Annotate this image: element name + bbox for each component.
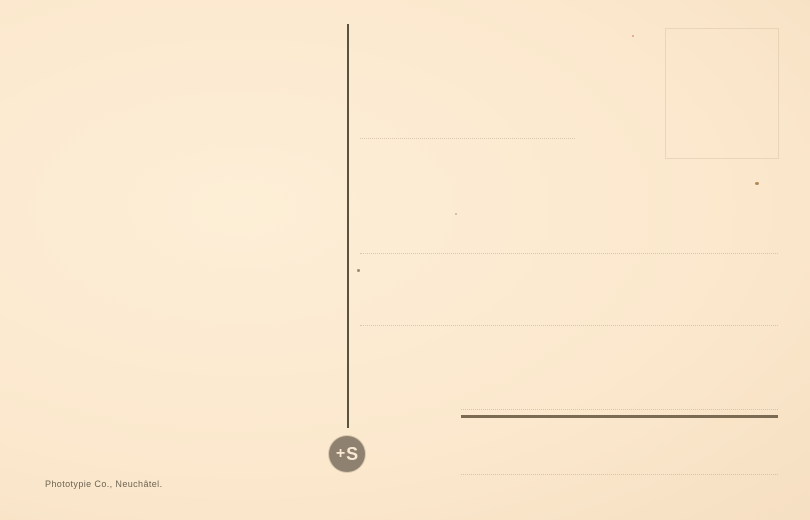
address-underline bbox=[461, 415, 778, 418]
address-line-4 bbox=[461, 409, 778, 410]
address-line-3 bbox=[360, 325, 778, 326]
foxing-spot bbox=[357, 269, 360, 272]
cross-glyph: + bbox=[336, 445, 345, 463]
address-line-5 bbox=[461, 474, 778, 475]
address-line-1 bbox=[360, 138, 575, 139]
logo-letter: S bbox=[346, 444, 358, 465]
foxing-spot bbox=[755, 182, 759, 185]
stamp-placement-box bbox=[665, 28, 779, 159]
center-divider-line bbox=[347, 24, 349, 428]
address-line-2 bbox=[360, 253, 778, 254]
foxing-spot bbox=[455, 213, 457, 215]
publisher-imprint: Phototypie Co., Neuchâtel. bbox=[45, 479, 162, 489]
foxing-spot bbox=[632, 35, 634, 37]
swiss-cross-logo-icon: + S bbox=[329, 436, 365, 472]
postcard-back: + S Phototypie Co., Neuchâtel. bbox=[0, 0, 810, 520]
